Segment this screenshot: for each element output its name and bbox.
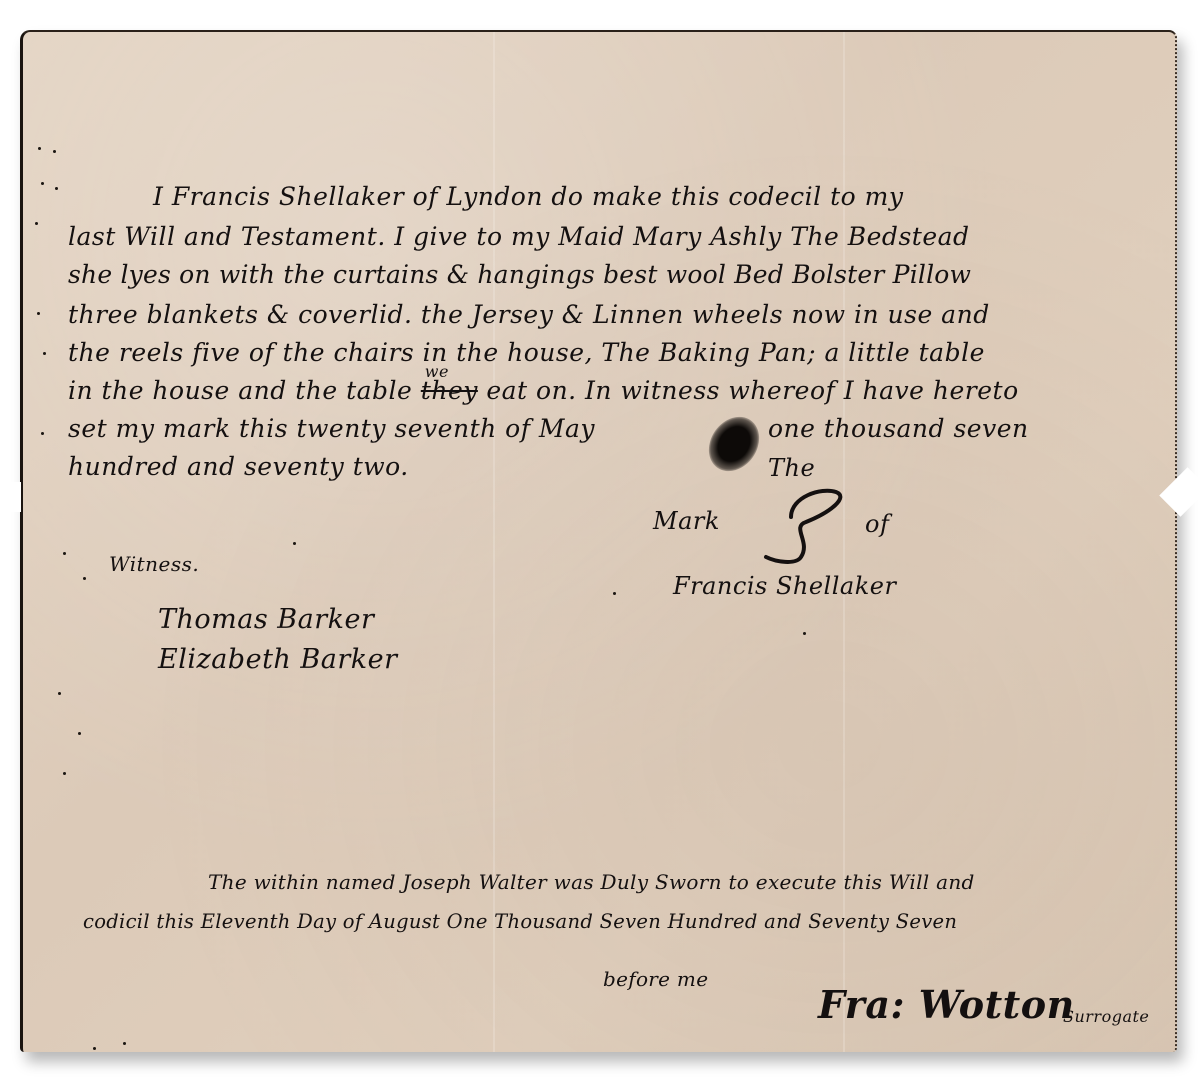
before-me: before me [603, 967, 708, 991]
ink-speck [293, 542, 296, 545]
ink-speck [58, 692, 61, 695]
witness-name: Elizabeth Barker [158, 644, 397, 675]
ink-speck [123, 1042, 126, 1045]
body-line: the reels five of the chairs in the hous… [68, 338, 985, 367]
mark-name: Francis Shellaker [673, 572, 896, 600]
mark-label: Mark [653, 507, 720, 535]
torn-edge-notch [1159, 467, 1200, 516]
body-line: she lyes on with the curtains & hangings… [68, 260, 971, 289]
body-line: last Will and Testament. I give to my Ma… [68, 222, 970, 251]
signature-mark-icon [761, 487, 851, 567]
torn-edge-notch [9, 482, 21, 512]
body-line: three blankets & coverlid. the Jersey & … [68, 300, 990, 329]
body-line: in the house and the table theywe eat on… [68, 376, 1019, 405]
ink-speck [53, 150, 56, 153]
witness-label: Witness. [109, 552, 199, 576]
body-line: hundred and seventy two. [68, 452, 409, 481]
body-line: set my mark this twenty seventh of May [68, 414, 595, 443]
witness-name: Thomas Barker [158, 604, 374, 635]
oath-line: codicil this Eleventh Day of August One … [83, 910, 957, 933]
ink-speck [78, 732, 81, 735]
ink-speck [43, 352, 46, 355]
ink-speck [37, 312, 40, 315]
correction: theywe [421, 376, 478, 405]
ink-speck [613, 592, 616, 595]
text-segment: eat on. In witness whereof I have hereto [478, 376, 1019, 405]
ink-speck [38, 147, 41, 150]
ink-speck [93, 1047, 96, 1050]
surrogate-signature: Fra: Wotton [818, 982, 1075, 1027]
ink-speck [35, 222, 38, 225]
mark-of: of [865, 510, 889, 538]
ink-speck [41, 182, 44, 185]
ink-blot [699, 407, 770, 481]
body-line-continuation: one thousand seven [768, 414, 1029, 443]
ink-speck [63, 552, 66, 555]
ink-speck [55, 187, 58, 190]
oath-line: The within named Joseph Walter was Duly … [208, 870, 975, 894]
ink-speck [803, 632, 806, 635]
mark-the: The [768, 454, 815, 482]
ink-speck [83, 577, 86, 580]
ink-speck [63, 772, 66, 775]
body-line: I Francis Shellaker of Lyndon do make th… [153, 182, 904, 211]
inserted-word: we [425, 362, 449, 381]
surrogate-title: Surrogate [1063, 1007, 1149, 1026]
text-segment: in the house and the table [68, 376, 421, 405]
ink-speck [41, 432, 44, 435]
document-page: I Francis Shellaker of Lyndon do make th… [20, 30, 1177, 1052]
